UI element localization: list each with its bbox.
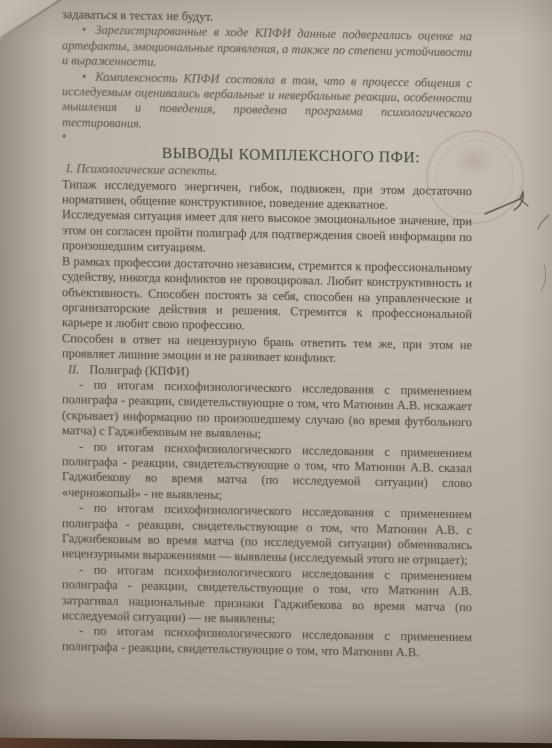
finding-item: - по итогам психофизиологического исслед… [62,562,472,631]
bullet-paragraph: •Зарегистрированные в ходе КПФИ данные п… [62,22,472,75]
finding-item: - по итогам психофизиологического исслед… [62,439,472,508]
paragraph: Исследуемая ситуация имеет для него высо… [62,208,472,261]
document-photo: задаваться в тестах не будут. •Зарегистр… [0,0,552,748]
finding-item: - по итогам психофизиологического исслед… [62,377,472,446]
bullet-marker: • [82,69,86,83]
section2-numeral: II. [68,362,79,376]
document-text: задаваться в тестах не будут. •Зарегистр… [0,0,552,663]
finding-item: - по итогам психофизиологического исслед… [62,500,472,569]
section2-title-text: Полиграф (КПФИ) [89,362,189,378]
bullet-marker: • [82,23,86,37]
paragraph: В рамках профессии достаточно независим,… [62,254,472,338]
signature-mark [470,185,552,297]
bullet-paragraph-text: Зарегистрированные в ходе КПФИ данные по… [62,23,472,69]
bullet-paragraph: •Комплексность КПФИ состояла в том, что … [62,69,472,138]
bullet-paragraph-text: Комплексность КПФИ состояла в том, что в… [62,69,472,130]
